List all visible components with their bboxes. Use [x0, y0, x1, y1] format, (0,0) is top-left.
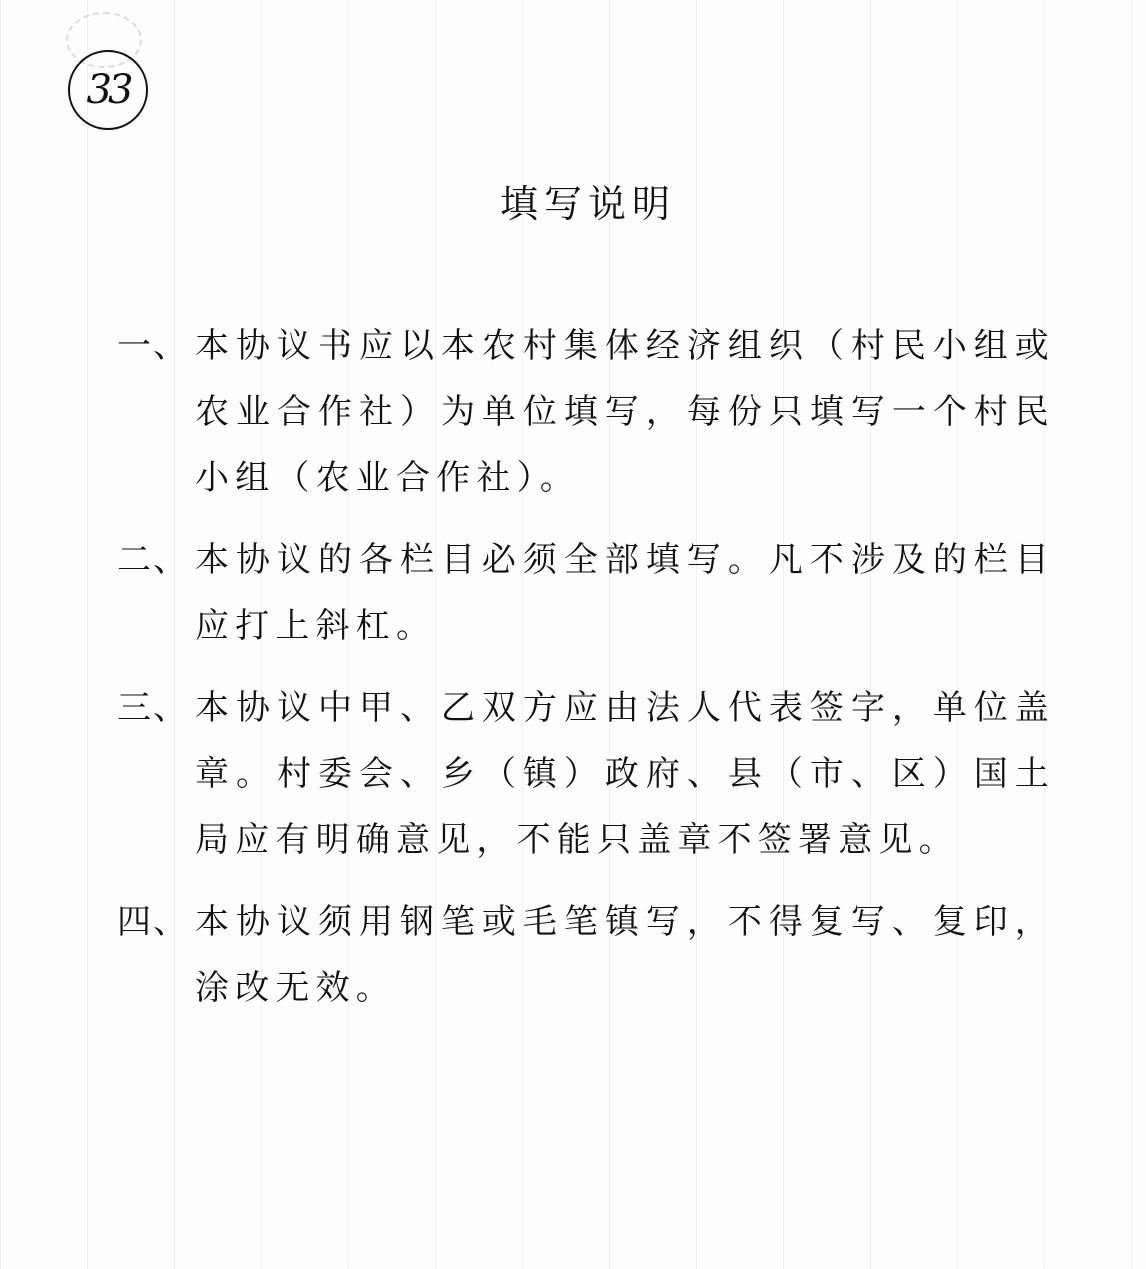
item-text: 本协议的各栏目必须全部填写。凡不涉及的栏目应打上斜杠。	[195, 527, 1055, 659]
item-number: 一、	[117, 313, 195, 511]
instruction-item-2: 二、 本协议的各栏目必须全部填写。凡不涉及的栏目应打上斜杠。	[117, 527, 1057, 659]
item-text: 本协议须用钢笔或毛笔镇写，不得复写、复印，涂改无效。	[195, 889, 1055, 1021]
item-number: 四、	[117, 889, 195, 1021]
instruction-item-1: 一、 本协议书应以本农村集体经济组织（村民小组或农业合作社）为单位填写，每份只填…	[117, 313, 1057, 511]
handwritten-page-number: 33	[68, 50, 148, 130]
page-number-text: 33	[87, 67, 130, 113]
instruction-list: 一、 本协议书应以本农村集体经济组织（村民小组或农业合作社）为单位填写，每份只填…	[117, 313, 1057, 1021]
item-text: 本协议中甲、乙双方应由法人代表签字，单位盖章。村委会、乡（镇）政府、县（市、区）…	[195, 675, 1055, 873]
instruction-item-4: 四、 本协议须用钢笔或毛笔镇写，不得复写、复印，涂改无效。	[117, 889, 1057, 1021]
document-title: 填写说明	[0, 173, 1146, 228]
item-number: 三、	[117, 675, 195, 873]
instruction-item-3: 三、 本协议中甲、乙双方应由法人代表签字，单位盖章。村委会、乡（镇）政府、县（市…	[117, 675, 1057, 873]
item-text: 本协议书应以本农村集体经济组织（村民小组或农业合作社）为单位填写，每份只填写一个…	[195, 313, 1055, 511]
item-number: 二、	[117, 527, 195, 659]
